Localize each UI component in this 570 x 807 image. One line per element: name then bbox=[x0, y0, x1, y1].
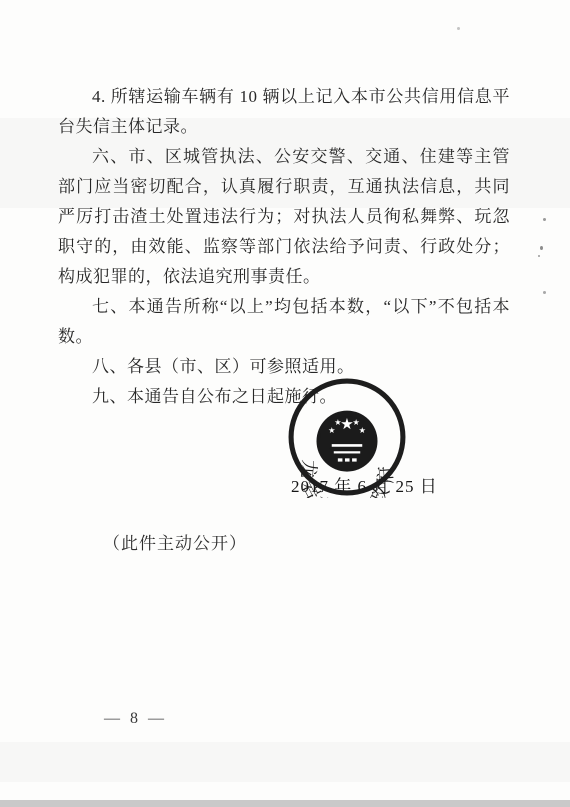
scan-bottom-edge bbox=[0, 800, 570, 807]
paragraph-eight: 八、各县（市、区）可参照适用。 bbox=[58, 352, 510, 382]
scan-artifact bbox=[457, 27, 460, 30]
disclosure-note: （此件主动公开） bbox=[103, 529, 247, 554]
scan-band bbox=[0, 742, 570, 782]
scanned-document-page: { "document": { "paragraphs": [ "4. 所辖运输… bbox=[0, 0, 570, 807]
scan-artifact bbox=[543, 218, 546, 221]
paragraph-nine: 九、本通告自公布之日起施行。 bbox=[58, 382, 510, 412]
paragraph-item-4: 4. 所辖运输车辆有 10 辆以上记入本市公共信用信息平台失信主体记录。 bbox=[58, 82, 510, 142]
small-star-icon: ★ bbox=[359, 425, 366, 435]
paragraph-seven: 七、本通告所称“以上”均包括本数，“以下”不包括本数。 bbox=[58, 292, 510, 352]
small-star-icon: ★ bbox=[334, 417, 341, 427]
seal-graphic: 龙岩市人民政府 ★ ★ ★ ★ ★ bbox=[286, 376, 408, 498]
official-seal: 龙岩市人民政府 ★ ★ ★ ★ ★ bbox=[286, 376, 408, 498]
page-number: — 8 — bbox=[104, 710, 167, 728]
scan-artifact bbox=[538, 255, 540, 257]
document-text-block: 4. 所辖运输车辆有 10 辆以上记入本市公共信用信息平台失信主体记录。 六、市… bbox=[58, 82, 510, 412]
scan-artifact bbox=[543, 291, 546, 294]
national-emblem-icon: ★ ★ ★ ★ ★ bbox=[317, 411, 378, 472]
paragraph-six: 六、市、区城管执法、公安交警、交通、住建等主管部门应当密切配合，认真履行职责，互… bbox=[58, 142, 510, 292]
scan-artifact bbox=[540, 246, 543, 250]
